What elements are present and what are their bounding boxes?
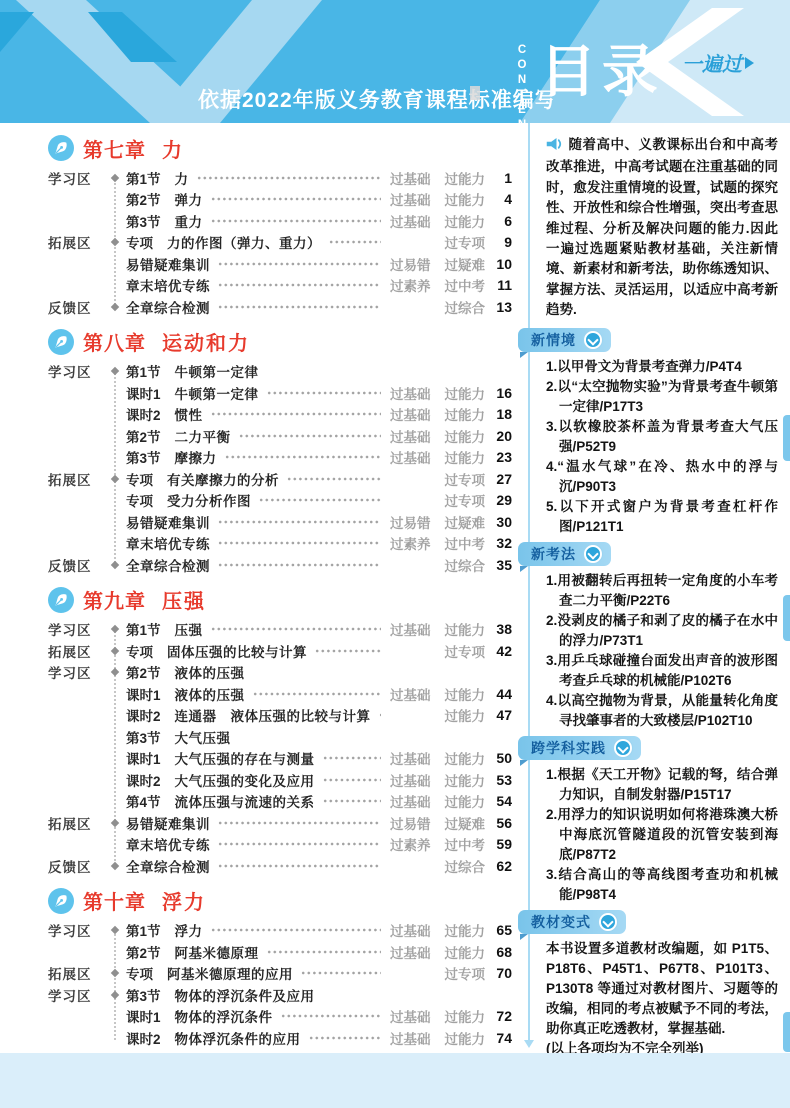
tag-label: 过素养 bbox=[390, 275, 431, 295]
entry-title: 牛顿第一定律 bbox=[175, 361, 259, 381]
entry-label: 专项 bbox=[126, 963, 153, 983]
entry-tags: 过基础过能力 bbox=[389, 426, 485, 446]
entry-title: 物体的浮沉条件 bbox=[175, 1006, 273, 1026]
page-number: 10 bbox=[485, 256, 512, 272]
pen-icon bbox=[48, 888, 74, 914]
page-number: 6 bbox=[485, 213, 512, 229]
toc-row: 易错疑难集训过易错过疑难30 bbox=[48, 511, 512, 533]
toc-row: 拓展区专项固体压强的比较与计算过专项42 bbox=[48, 640, 512, 662]
page-number: 50 bbox=[485, 750, 512, 766]
entry-tags: 过基础过能力 bbox=[389, 920, 485, 940]
entry-tags: 过基础过能力 bbox=[389, 748, 485, 768]
toc-row: 章末培优专练过素养过中考11 bbox=[48, 275, 512, 297]
dot-leader bbox=[281, 1012, 381, 1020]
entry-label: 专项 bbox=[126, 232, 153, 252]
page-number: 23 bbox=[485, 449, 512, 465]
page-number: 53 bbox=[485, 772, 512, 788]
entry-title: 摩擦力 bbox=[175, 447, 217, 467]
toc-row: 拓展区易错疑难集训过易错过疑难56 bbox=[48, 812, 512, 834]
chapter-name: 运动和力 bbox=[162, 327, 250, 356]
sidebar-list-item: 1.以甲骨文为背景考查弹力/P4T4 bbox=[546, 357, 778, 377]
dot-leader bbox=[315, 647, 381, 655]
page-number: 68 bbox=[485, 944, 512, 960]
entry-label: 课时1 bbox=[126, 383, 161, 403]
chapter: 第七章力学习区第1节力过基础过能力1第2节弹力过基础过能力4第3节重力过基础过能… bbox=[48, 133, 512, 318]
chapter-body: 学习区第1节牛顿第一定律课时1牛顿第一定律过基础过能力16课时2惯性过基础过能力… bbox=[48, 361, 512, 576]
pen-icon bbox=[48, 329, 74, 355]
chapter: 第九章压强学习区第1节压强过基础过能力38拓展区专项固体压强的比较与计算过专项4… bbox=[48, 585, 512, 877]
tag-label: 过能力 bbox=[445, 770, 486, 790]
sidebar-section-title: 教材变式 bbox=[531, 912, 591, 932]
entry-title: 全章综合检测 bbox=[126, 297, 210, 317]
entry-tags: 过专项 bbox=[389, 490, 485, 510]
entry-title: 固体压强的比较与计算 bbox=[167, 641, 307, 661]
dot-leader bbox=[225, 453, 381, 461]
entry-tags: 过易错过疑难 bbox=[389, 254, 485, 274]
toc-row: 第2节阿基米德原理过基础过能力68 bbox=[48, 941, 512, 963]
page-number: 4 bbox=[485, 191, 512, 207]
entry-label: 第3节 bbox=[126, 447, 161, 467]
entry-label: 第1节 bbox=[126, 361, 161, 381]
entry-title: 章末培优专练 bbox=[126, 834, 210, 854]
toc-row: 课时1液体的压强过基础过能力44 bbox=[48, 683, 512, 705]
sidebar-sections: 新情境1.以甲骨文为背景考查弹力/P4T42.以“太空抛物实验”为背景考查牛顿第… bbox=[546, 323, 778, 1053]
entry-title: 易错疑难集训 bbox=[126, 813, 210, 833]
brand-arrow-icon bbox=[745, 57, 760, 69]
toc-page: { "header": { "tagline": "依据2022年版义务教育课程… bbox=[0, 0, 790, 1108]
entry-label: 课时2 bbox=[126, 1028, 161, 1048]
sidebar-section-title: 跨学科实践 bbox=[531, 738, 606, 758]
entry-title: 弹力 bbox=[175, 189, 203, 209]
entry-tags: 过基础过能力 bbox=[389, 942, 485, 962]
dot-leader bbox=[218, 539, 381, 547]
tag-label: 过基础 bbox=[390, 426, 431, 446]
entry-tags: 过专项 bbox=[389, 232, 485, 252]
entry-tags: 过素养过中考 bbox=[389, 533, 485, 553]
entry-tags: 过综合 bbox=[389, 297, 485, 317]
contents-vertical-label: CONTENTS bbox=[516, 44, 528, 123]
sidebar-column: 随着高中、义教课标出台和中高考改革推进，中高考试题在注重基础的同时，愈发注重情境… bbox=[528, 123, 790, 1053]
dot-leader bbox=[253, 690, 381, 698]
dot-leader bbox=[218, 260, 381, 268]
sidebar-paragraph: 本书设置多道教材改编题，如 P1T5、P18T6、P45T1、P67T8、P10… bbox=[546, 939, 778, 1039]
dot-leader bbox=[239, 432, 381, 440]
chapter-name: 压强 bbox=[162, 585, 206, 614]
tag-label: 过能力 bbox=[445, 1028, 486, 1048]
tag-label: 过基础 bbox=[390, 447, 431, 467]
entry-title: 受力分析作图 bbox=[167, 490, 251, 510]
entry-tags: 过基础过能力 bbox=[389, 189, 485, 209]
tag-label: 过专项 bbox=[445, 469, 486, 489]
dot-leader bbox=[197, 174, 381, 182]
sidebar-paragraph: (以上各项均为不完全列举) bbox=[546, 1039, 778, 1053]
tag-label: 过能力 bbox=[445, 447, 486, 467]
dot-leader bbox=[267, 948, 381, 956]
tag-label: 过能力 bbox=[445, 684, 486, 704]
page-number: 47 bbox=[485, 707, 512, 723]
toc-row: 课时2大气压强的变化及应用过基础过能力53 bbox=[48, 769, 512, 791]
toc-row: 课时1牛顿第一定律过基础过能力16 bbox=[48, 382, 512, 404]
entry-tags: 过素养过中考 bbox=[389, 834, 485, 854]
entry-title: 章末培优专练 bbox=[126, 275, 210, 295]
footer-band bbox=[0, 1053, 790, 1108]
pen-icon bbox=[48, 135, 74, 161]
tag-label: 过基础 bbox=[390, 168, 431, 188]
chapter-body: 学习区第1节压强过基础过能力38拓展区专项固体压强的比较与计算过专项42学习区第… bbox=[48, 619, 512, 877]
dot-leader bbox=[218, 281, 381, 289]
entry-title: 大气压强的存在与测量 bbox=[175, 748, 315, 768]
page-number: 11 bbox=[485, 277, 512, 293]
sidebar-list-item: 5.以下开式窗户为背景考查杠杆作图/P121T1 bbox=[546, 497, 778, 537]
main-content: 第七章力学习区第1节力过基础过能力1第2节弹力过基础过能力4第3节重力过基础过能… bbox=[0, 123, 790, 1053]
pen-icon bbox=[48, 587, 74, 613]
toc-row: 课时1大气压强的存在与测量过基础过能力50 bbox=[48, 748, 512, 770]
page-number: 30 bbox=[485, 514, 512, 530]
tag-label: 过能力 bbox=[445, 383, 486, 403]
page-number: 54 bbox=[485, 793, 512, 809]
toc-row: 反馈区全章综合检测过综合62 bbox=[48, 855, 512, 877]
page-number: 65 bbox=[485, 922, 512, 938]
decorative-square bbox=[470, 86, 480, 100]
entry-tags: 过基础过能力 bbox=[389, 1006, 485, 1026]
tag-label: 过能力 bbox=[445, 748, 486, 768]
tag-label: 过素养 bbox=[390, 533, 431, 553]
sidebar-list-item: 2.用浮力的知识说明如何将港珠澳大桥中海底沉管隧道段的沉管安装到海底/P87T2 bbox=[546, 805, 778, 865]
sidebar-list-item: 3.结合高山的等高线图考查功和机械能/P98T4 bbox=[546, 865, 778, 905]
sidebar-list-item: 4.“温水气球”在冷、热水中的浮与沉/P90T3 bbox=[546, 457, 778, 497]
entry-label: 第3节 bbox=[126, 727, 161, 747]
tag-label: 过疑难 bbox=[445, 512, 486, 532]
dot-leader bbox=[211, 217, 381, 225]
entry-tags: 过基础过能力 bbox=[389, 791, 485, 811]
tag-label: 过基础 bbox=[390, 791, 431, 811]
sidebar-list-item: 3.以软橡胶茶杯盖为背景考查大气压强/P52T9 bbox=[546, 417, 778, 457]
page-number: 32 bbox=[485, 535, 512, 551]
entry-label: 课时1 bbox=[126, 684, 161, 704]
entry-title: 浮力 bbox=[175, 920, 203, 940]
sidebar-intro: 随着高中、义教课标出台和中高考改革推进，中高考试题在注重基础的同时，愈发注重情境… bbox=[546, 135, 778, 321]
entry-title: 二力平衡 bbox=[175, 426, 231, 446]
entry-label: 专项 bbox=[126, 641, 153, 661]
entry-title: 液体的压强 bbox=[175, 684, 245, 704]
entry-title: 惯性 bbox=[175, 404, 203, 424]
entry-title: 大气压强的变化及应用 bbox=[175, 770, 315, 790]
dot-leader bbox=[211, 625, 381, 633]
megaphone-icon bbox=[546, 137, 564, 157]
tag-label: 过基础 bbox=[390, 211, 431, 231]
dot-leader bbox=[218, 518, 381, 526]
entry-title: 力 bbox=[175, 168, 189, 188]
tag-label: 过基础 bbox=[390, 1006, 431, 1026]
sidebar-list-item: 2.没剥皮的橘子和剥了皮的橘子在水中的浮力/P73T1 bbox=[546, 611, 778, 651]
page-number: 38 bbox=[485, 621, 512, 637]
entry-title: 物体浮沉条件的应用 bbox=[175, 1028, 301, 1048]
dot-leader bbox=[218, 819, 381, 827]
page-number: 16 bbox=[485, 385, 512, 401]
dot-leader bbox=[211, 410, 381, 418]
dot-leader bbox=[259, 496, 381, 504]
sidebar-section-tab: 新情境 bbox=[518, 328, 611, 352]
dot-leader bbox=[218, 303, 381, 311]
entry-label: 专项 bbox=[126, 490, 153, 510]
tag-label: 过能力 bbox=[445, 791, 486, 811]
dot-leader bbox=[218, 840, 381, 848]
tag-label: 过中考 bbox=[445, 834, 486, 854]
entry-label: 第1节 bbox=[126, 168, 161, 188]
entry-tags: 过基础过能力 bbox=[389, 404, 485, 424]
tag-label: 过易错 bbox=[390, 512, 431, 532]
tag-label: 过易错 bbox=[390, 254, 431, 274]
toc-row: 学习区第1节压强过基础过能力38 bbox=[48, 619, 512, 641]
entry-title: 阿基米德原理 bbox=[175, 942, 259, 962]
tag-label: 过能力 bbox=[445, 619, 486, 639]
brand-logo-text: 一遍过 bbox=[682, 48, 742, 77]
page-number: 29 bbox=[485, 492, 512, 508]
toc-row: 学习区第1节牛顿第一定律 bbox=[48, 361, 512, 383]
chapter-name: 浮力 bbox=[162, 886, 206, 915]
tag-label: 过能力 bbox=[445, 705, 486, 725]
tag-label: 过综合 bbox=[445, 856, 486, 876]
toc-row: 学习区第1节力过基础过能力1 bbox=[48, 167, 512, 189]
entry-title: 重力 bbox=[175, 211, 203, 231]
tag-label: 过能力 bbox=[445, 404, 486, 424]
entry-label: 专项 bbox=[126, 469, 153, 489]
brand-logo: 一遍过 bbox=[682, 48, 760, 77]
page-edge-tab bbox=[783, 1012, 790, 1052]
entry-title: 易错疑难集训 bbox=[126, 254, 210, 274]
entry-title: 力的作图（弹力、重力） bbox=[167, 232, 321, 252]
entry-label: 第2节 bbox=[126, 942, 161, 962]
toc-row: 课时2物体浮沉条件的应用过基础过能力74 bbox=[48, 1027, 512, 1049]
tag-label: 过基础 bbox=[390, 684, 431, 704]
dot-leader bbox=[267, 389, 381, 397]
sidebar-list-item: 3.用乒乓球碰撞台面发出声音的波形图考查乒乓球的机械能/P102T6 bbox=[546, 651, 778, 691]
entry-tags: 过基础过能力 bbox=[389, 383, 485, 403]
chapter-number: 第九章 bbox=[83, 585, 146, 614]
dot-leader bbox=[323, 754, 381, 762]
dot-leader bbox=[287, 475, 381, 483]
tag-label: 过专项 bbox=[445, 232, 486, 252]
entry-title: 全章综合检测 bbox=[126, 856, 210, 876]
chapter-heading: 第九章压强 bbox=[48, 585, 512, 615]
entry-label: 课时1 bbox=[126, 748, 161, 768]
sidebar-section-tab: 新考法 bbox=[518, 542, 611, 566]
entry-title: 易错疑难集训 bbox=[126, 512, 210, 532]
sidebar-section: 新情境1.以甲骨文为背景考查弹力/P4T42.以“太空抛物实验”为背景考查牛顿第… bbox=[546, 323, 778, 537]
entry-label: 课时1 bbox=[126, 1006, 161, 1026]
tag-label: 过素养 bbox=[390, 834, 431, 854]
sidebar-section: 新考法1.用被翻转后再扭转一定角度的小车考查二力平衡/P22T62.没剥皮的橘子… bbox=[546, 537, 778, 731]
tag-label: 过疑难 bbox=[445, 254, 486, 274]
page-number: 9 bbox=[485, 234, 512, 250]
chapter-body: 学习区第1节力过基础过能力1第2节弹力过基础过能力4第3节重力过基础过能力6拓展… bbox=[48, 167, 512, 318]
tag-label: 过基础 bbox=[390, 920, 431, 940]
tag-label: 过能力 bbox=[445, 168, 486, 188]
entry-title: 全章综合检测 bbox=[126, 555, 210, 575]
entry-tags: 过综合 bbox=[389, 856, 485, 876]
dot-leader bbox=[211, 195, 381, 203]
toc-row: 专项受力分析作图过专项29 bbox=[48, 490, 512, 512]
chapter-heading: 第八章运动和力 bbox=[48, 327, 512, 357]
sidebar-list-item: 1.根据《天工开物》记载的弩，结合弹力知识，自制发射器/P15T17 bbox=[546, 765, 778, 805]
entry-title: 章末培优专练 bbox=[126, 533, 210, 553]
sidebar-section: 教材变式本书设置多道教材改编题，如 P1T5、P18T6、P45T1、P67T8… bbox=[546, 905, 778, 1053]
entry-label: 第4节 bbox=[126, 791, 161, 811]
entry-tags: 过专项 bbox=[389, 641, 485, 661]
dot-leader bbox=[379, 711, 381, 719]
entry-title: 物体的浮沉条件及应用 bbox=[175, 985, 315, 1005]
tag-label: 过综合 bbox=[445, 555, 486, 575]
entry-tags: 过基础过能力 bbox=[389, 619, 485, 639]
sidebar-list-item: 4.以高空抛物为背景，从能量转化角度寻找肇事者的大致楼层/P102T10 bbox=[546, 691, 778, 731]
sidebar-section-tab: 教材变式 bbox=[518, 910, 626, 934]
entry-label: 第2节 bbox=[126, 662, 161, 682]
tag-label: 过能力 bbox=[445, 920, 486, 940]
chapter-number: 第十章 bbox=[83, 886, 146, 915]
entry-title: 阿基米德原理的应用 bbox=[167, 963, 293, 983]
chapter-name: 力 bbox=[162, 134, 184, 163]
tag-label: 过能力 bbox=[445, 1006, 486, 1026]
entry-label: 第3节 bbox=[126, 211, 161, 231]
page-number: 13 bbox=[485, 299, 512, 315]
tag-label: 过基础 bbox=[390, 383, 431, 403]
sidebar-section-title: 新情境 bbox=[531, 330, 576, 350]
toc-row: 第3节大气压强 bbox=[48, 726, 512, 748]
page-number: 44 bbox=[485, 686, 512, 702]
tag-label: 过疑难 bbox=[445, 813, 486, 833]
column-divider-line bbox=[528, 123, 530, 1045]
tag-label: 过基础 bbox=[390, 1028, 431, 1048]
toc-row: 第2节弹力过基础过能力4 bbox=[48, 189, 512, 211]
entry-tags: 过基础过能力 bbox=[389, 211, 485, 231]
toc-row: 学习区第1节浮力过基础过能力65 bbox=[48, 920, 512, 942]
page-number: 1 bbox=[485, 170, 512, 186]
toc-row: 反馈区全章综合检测过综合13 bbox=[48, 296, 512, 318]
chapter-heading: 第七章力 bbox=[48, 133, 512, 163]
tag-label: 过中考 bbox=[445, 275, 486, 295]
chevron-down-icon bbox=[584, 331, 602, 349]
dot-leader bbox=[323, 776, 381, 784]
tag-label: 过专项 bbox=[445, 963, 486, 983]
chapter: 第十章浮力学习区第1节浮力过基础过能力65第2节阿基米德原理过基础过能力68拓展… bbox=[48, 886, 512, 1049]
chevron-down-icon bbox=[614, 739, 632, 757]
page-header: 依据2022年版义务教育课程标准编写 CONTENTS 目录 一遍过 bbox=[0, 0, 790, 123]
entry-tags: 过基础过能力 bbox=[389, 168, 485, 188]
chapter-number: 第八章 bbox=[83, 327, 146, 356]
toc-row: 章末培优专练过素养过中考59 bbox=[48, 834, 512, 856]
toc-row: 第3节摩擦力过基础过能力23 bbox=[48, 447, 512, 469]
dot-leader bbox=[309, 1034, 381, 1042]
chevron-down-icon bbox=[599, 913, 617, 931]
tag-label: 过能力 bbox=[445, 942, 486, 962]
entry-title: 液体的压强 bbox=[175, 662, 245, 682]
page-edge-tab bbox=[783, 595, 790, 641]
dot-leader bbox=[301, 969, 381, 977]
toc-row: 课时2惯性过基础过能力18 bbox=[48, 404, 512, 426]
page-number: 18 bbox=[485, 406, 512, 422]
edition-tagline: 依据2022年版义务教育课程标准编写 bbox=[198, 84, 557, 114]
tag-label: 过易错 bbox=[390, 813, 431, 833]
dot-leader bbox=[218, 561, 381, 569]
page-edge-tab bbox=[783, 415, 790, 461]
dot-leader bbox=[329, 238, 381, 246]
dot-leader bbox=[218, 862, 381, 870]
page-number: 62 bbox=[485, 858, 512, 874]
toc-row: 学习区第3节物体的浮沉条件及应用 bbox=[48, 984, 512, 1006]
sidebar-list-item: 2.以“太空抛物实验”为背景考查牛顿第一定律/P17T3 bbox=[546, 377, 778, 417]
page-number: 70 bbox=[485, 965, 512, 981]
toc-row: 第2节二力平衡过基础过能力20 bbox=[48, 425, 512, 447]
toc-column: 第七章力学习区第1节力过基础过能力1第2节弹力过基础过能力4第3节重力过基础过能… bbox=[0, 123, 528, 1053]
dot-leader bbox=[323, 797, 381, 805]
page-number: 74 bbox=[485, 1030, 512, 1046]
entry-title: 有关摩擦力的分析 bbox=[167, 469, 279, 489]
toc-row: 第3节重力过基础过能力6 bbox=[48, 210, 512, 232]
entry-tags: 过基础过能力 bbox=[389, 684, 485, 704]
chapter: 第八章运动和力学习区第1节牛顿第一定律课时1牛顿第一定律过基础过能力16课时2惯… bbox=[48, 327, 512, 576]
page-title: 目录 bbox=[540, 28, 664, 108]
toc-row: 学习区第2节液体的压强 bbox=[48, 662, 512, 684]
entry-tags: 过专项 bbox=[389, 469, 485, 489]
tag-label: 过能力 bbox=[445, 211, 486, 231]
toc-row: 拓展区专项阿基米德原理的应用过专项70 bbox=[48, 963, 512, 985]
entry-tags: 过基础过能力 bbox=[389, 1028, 485, 1048]
chapter-body: 学习区第1节浮力过基础过能力65第2节阿基米德原理过基础过能力68拓展区专项阿基… bbox=[48, 920, 512, 1049]
page-number: 27 bbox=[485, 471, 512, 487]
tag-label: 过能力 bbox=[445, 426, 486, 446]
tag-label: 过基础 bbox=[390, 619, 431, 639]
tag-label: 过基础 bbox=[390, 404, 431, 424]
dot-leader bbox=[211, 926, 381, 934]
entry-label: 第2节 bbox=[126, 189, 161, 209]
toc-row: 第4节流体压强与流速的关系过基础过能力54 bbox=[48, 791, 512, 813]
page-number: 20 bbox=[485, 428, 512, 444]
entry-tags: 过专项 bbox=[389, 963, 485, 983]
entry-label: 第2节 bbox=[126, 426, 161, 446]
entry-title: 流体压强与流速的关系 bbox=[175, 791, 315, 811]
tag-label: 过专项 bbox=[445, 490, 486, 510]
chapter-heading: 第十章浮力 bbox=[48, 886, 512, 916]
entry-tags: 过易错过疑难 bbox=[389, 512, 485, 532]
entry-label: 第1节 bbox=[126, 920, 161, 940]
toc-row: 章末培优专练过素养过中考32 bbox=[48, 533, 512, 555]
entry-title: 压强 bbox=[175, 619, 203, 639]
toc-row: 拓展区专项有关摩擦力的分析过专项27 bbox=[48, 468, 512, 490]
sidebar-intro-text: 随着高中、义教课标出台和中高考改革推进，中高考试题在注重基础的同时，愈发注重情境… bbox=[546, 137, 778, 317]
sidebar-section-tab: 跨学科实践 bbox=[518, 736, 641, 760]
page-number: 72 bbox=[485, 1008, 512, 1024]
tag-label: 过基础 bbox=[390, 770, 431, 790]
tag-label: 过专项 bbox=[445, 641, 486, 661]
sidebar-list-item: 1.用被翻转后再扭转一定角度的小车考查二力平衡/P22T6 bbox=[546, 571, 778, 611]
sidebar-section-title: 新考法 bbox=[531, 544, 576, 564]
entry-title: 大气压强 bbox=[175, 727, 231, 747]
tag-label: 过中考 bbox=[445, 533, 486, 553]
toc-row: 拓展区专项力的作图（弹力、重力）过专项9 bbox=[48, 232, 512, 254]
toc-row: 课时2连通器 液体压强的比较与计算过能力47 bbox=[48, 705, 512, 727]
entry-tags: 过易错过疑难 bbox=[389, 813, 485, 833]
entry-label: 课时2 bbox=[126, 705, 161, 725]
toc-row: 易错疑难集训过易错过疑难10 bbox=[48, 253, 512, 275]
toc-row: 课时1物体的浮沉条件过基础过能力72 bbox=[48, 1006, 512, 1028]
tag-label: 过能力 bbox=[445, 189, 486, 209]
page-number: 42 bbox=[485, 643, 512, 659]
entry-label: 课时2 bbox=[126, 404, 161, 424]
page-number: 35 bbox=[485, 557, 512, 573]
entry-tags: 过能力 bbox=[389, 705, 485, 725]
entry-label: 第1节 bbox=[126, 619, 161, 639]
entry-tags: 过基础过能力 bbox=[389, 447, 485, 467]
